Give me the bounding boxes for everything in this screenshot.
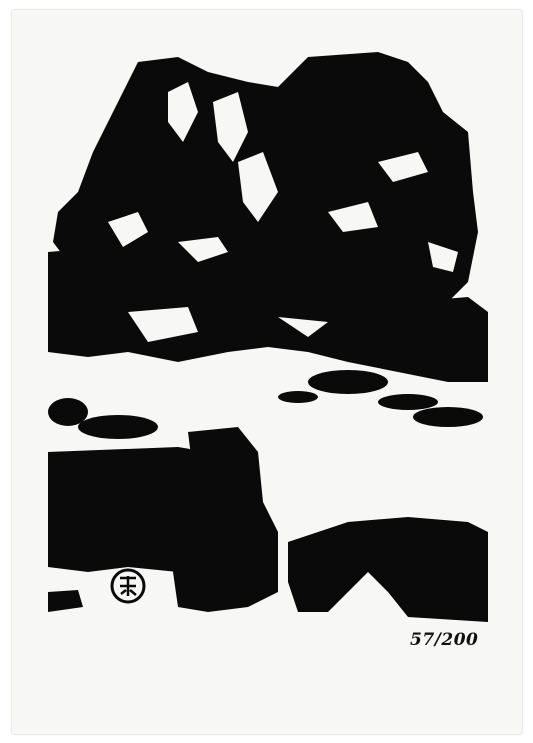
landscape-image	[48, 52, 488, 622]
artist-seal-icon	[110, 568, 146, 604]
woodblock-print	[48, 52, 488, 622]
edition-number: 57/200	[410, 630, 478, 650]
